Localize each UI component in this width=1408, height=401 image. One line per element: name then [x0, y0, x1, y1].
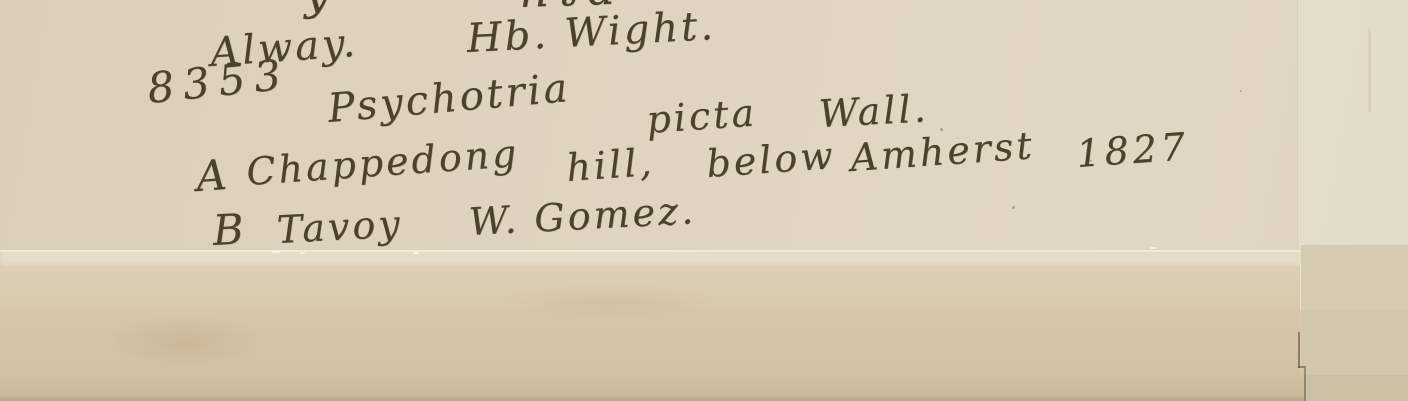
paper-edge-glint [413, 252, 419, 254]
handwriting-cutoff-fragment: y [302, 0, 334, 20]
handwriting-locality-hill: hill, [565, 140, 656, 190]
handwriting-species-epithet: picta [645, 90, 758, 142]
paper-edge-glint [1150, 247, 1157, 249]
paper-seam-line-lower [1304, 368, 1306, 401]
right-paper-patch-middle [1300, 310, 1408, 375]
upper-paper-right-corner [1297, 0, 1408, 246]
ink-speck [1240, 90, 1242, 92]
paper-streak-mark [1368, 28, 1371, 112]
paper-seam-line [1298, 332, 1300, 368]
right-paper-patch [1300, 244, 1408, 401]
handwritten-herbarium-label-photo: y nta Alway. Hb. Wight. 8353 Psychotria … [0, 0, 1408, 401]
handwriting-specimen-marker-a: A [195, 150, 232, 201]
handwriting-authority: Wall. [818, 86, 930, 136]
bottom-edge-shadow [0, 394, 1408, 401]
handwriting-year: 1827 [1075, 124, 1191, 176]
handwriting-locality-tavoy: Tavoy [276, 201, 404, 252]
right-paper-patch-upper [1300, 244, 1408, 311]
foxing-stain-faint [500, 285, 720, 319]
handwriting-locality-below: below [705, 133, 837, 186]
right-paper-patch-lower [1304, 375, 1408, 401]
foxing-stain [105, 315, 265, 367]
paper-edge-glint [300, 252, 305, 254]
ink-speck [1012, 206, 1015, 209]
handwriting-specimen-marker-b: B [211, 204, 247, 255]
